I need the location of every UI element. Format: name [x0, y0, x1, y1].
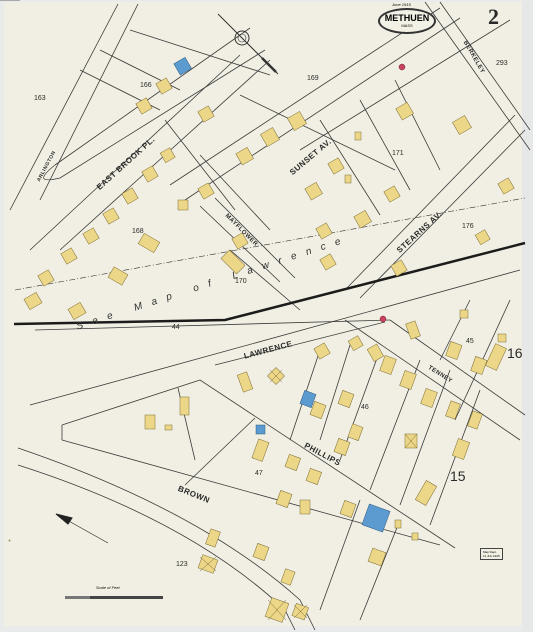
block-number: 166 — [140, 82, 152, 89]
block-number: 44 — [172, 324, 180, 331]
block-number: 163 — [34, 95, 46, 102]
adjacent-sheet-ref: 16 — [507, 345, 523, 361]
map-state: MASS — [380, 23, 434, 28]
map-title: METHUEN — [380, 13, 434, 23]
block-number: 45 — [466, 338, 474, 345]
map-date: June 1915 — [392, 2, 411, 7]
map-title-cartouche: METHUEN MASS — [378, 8, 436, 34]
adjacent-sheet-ref: 15 — [450, 468, 466, 484]
block-number: 46 — [361, 404, 369, 411]
stamp-line-2: 11 JUL 1925 — [483, 554, 500, 558]
block-number: 176 — [462, 223, 474, 230]
date-stamp: Map Dept. 11 JUL 1925 — [480, 548, 503, 560]
scale-bar — [65, 596, 163, 599]
block-number: 123 — [176, 561, 188, 568]
scale-label: Scale of Feet — [96, 585, 120, 590]
block-number: 169 — [307, 75, 319, 82]
block-number: 171 — [392, 150, 404, 157]
sheet-number: 2 — [488, 4, 499, 30]
block-number: 293 — [496, 60, 508, 67]
map-sheet: June 1915 METHUEN MASS 2 ARLINGTON EAST … — [0, 0, 533, 632]
map-canvas — [0, 0, 533, 632]
block-number: 47 — [255, 470, 263, 477]
block-number: 168 — [132, 228, 144, 235]
